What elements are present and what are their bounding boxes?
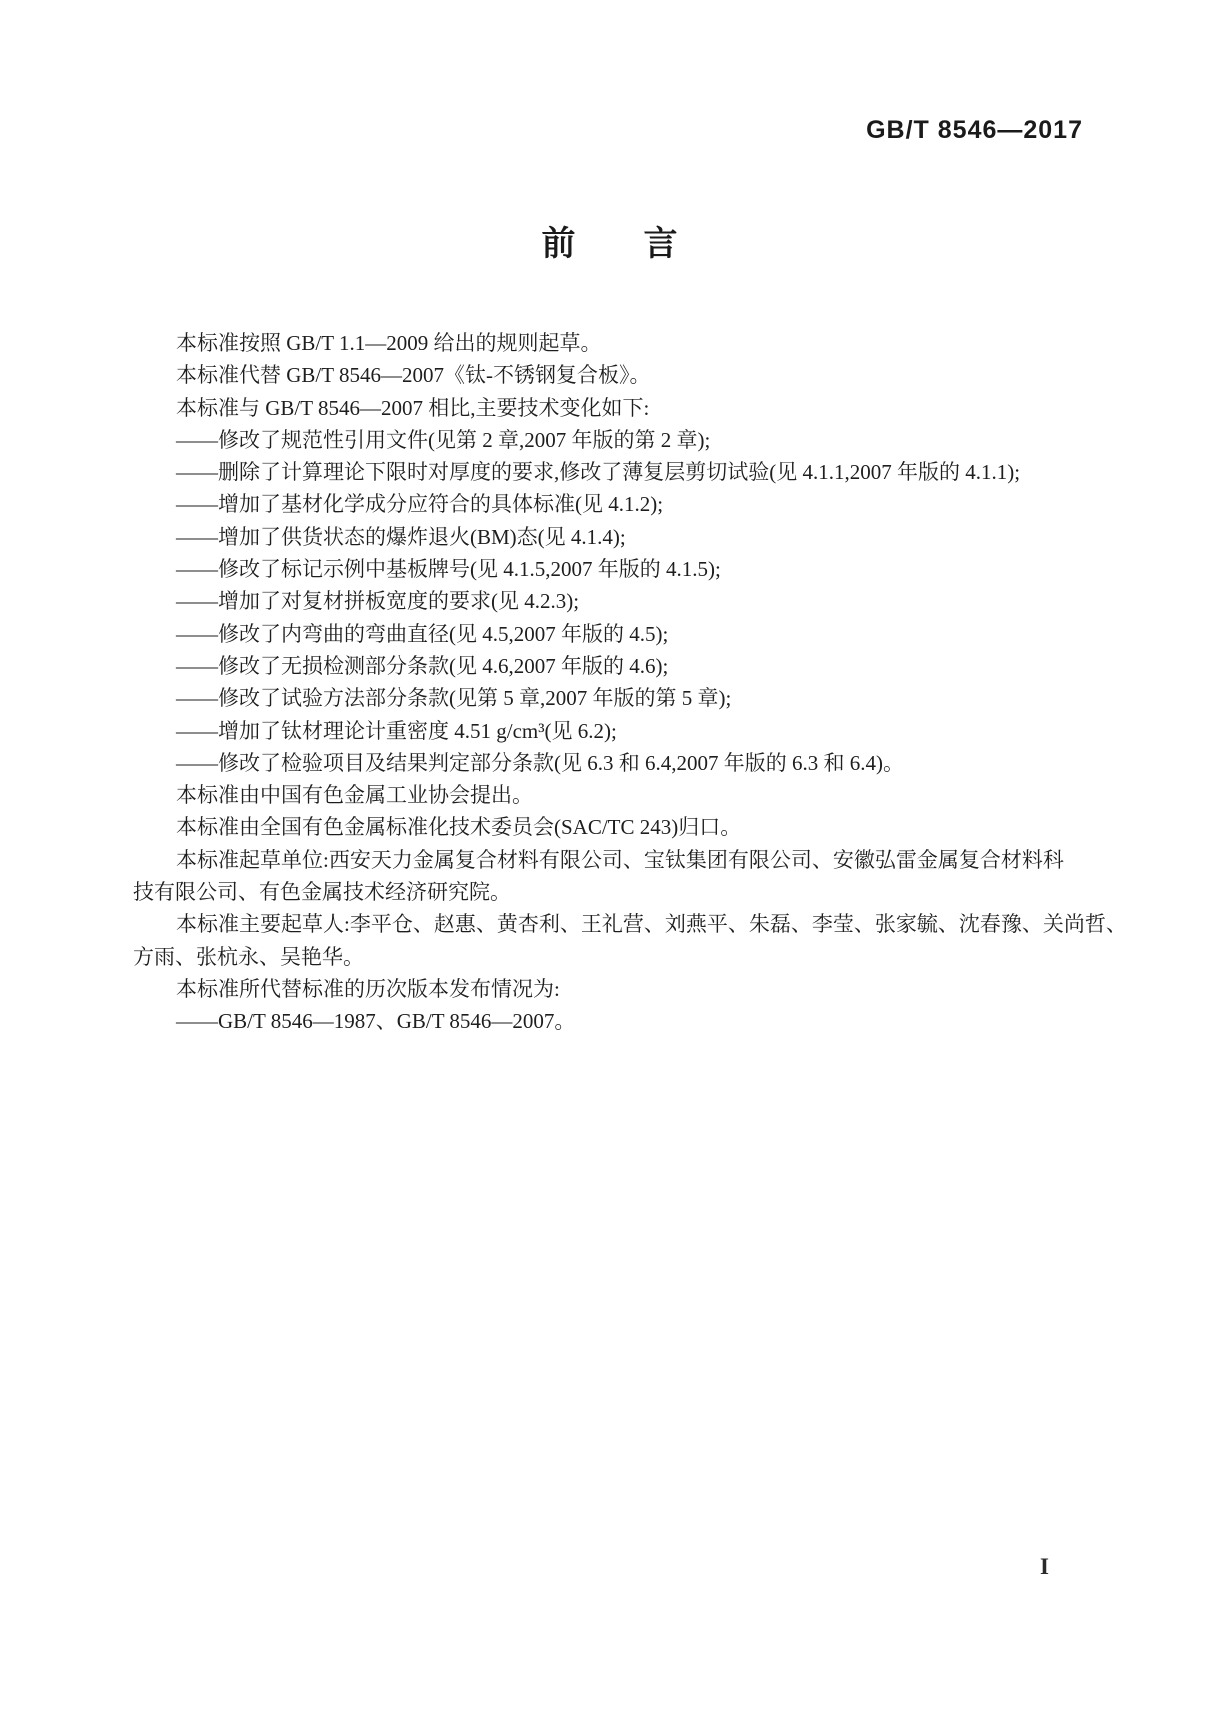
foreword-paragraph-continuation: 方雨、张杭永、吴艳华。 <box>133 941 1093 973</box>
foreword-paragraph: 本标准按照 GB/T 1.1—2009 给出的规则起草。 <box>133 327 1093 359</box>
change-item: ——删除了计算理论下限时对厚度的要求,修改了薄复层剪切试验(见 4.1.1,20… <box>133 456 1093 488</box>
history-item: ——GB/T 8546—1987、GB/T 8546—2007。 <box>133 1005 1093 1037</box>
change-item: ——修改了无损检测部分条款(见 4.6,2007 年版的 4.6); <box>133 650 1093 682</box>
change-item: ——增加了对复材拼板宽度的要求(见 4.2.3); <box>133 585 1093 617</box>
foreword-paragraph-continuation: 技有限公司、有色金属技术经济研究院。 <box>133 876 1093 908</box>
change-item: ——修改了规范性引用文件(见第 2 章,2007 年版的第 2 章); <box>133 424 1093 456</box>
document-page: GB/T 8546—2017 前 言 本标准按照 GB/T 1.1—2009 给… <box>0 0 1219 1711</box>
foreword-paragraph: 本标准主要起草人:李平仓、赵惠、黄杏利、王礼营、刘燕平、朱磊、李莹、张家毓、沈春… <box>133 908 1093 940</box>
page-number: I <box>1040 1554 1049 1580</box>
foreword-body: 本标准按照 GB/T 1.1—2009 给出的规则起草。 本标准代替 GB/T … <box>133 327 1093 1038</box>
foreword-paragraph: 本标准起草单位:西安天力金属复合材料有限公司、宝钛集团有限公司、安徽弘雷金属复合… <box>133 844 1093 876</box>
foreword-paragraph: 本标准由全国有色金属标准化技术委员会(SAC/TC 243)归口。 <box>133 811 1093 843</box>
foreword-paragraph: 本标准与 GB/T 8546—2007 相比,主要技术变化如下: <box>133 392 1093 424</box>
change-item: ——修改了标记示例中基板牌号(见 4.1.5,2007 年版的 4.1.5); <box>133 553 1093 585</box>
page-title: 前 言 <box>0 216 1219 265</box>
change-item: ——修改了检验项目及结果判定部分条款(见 6.3 和 6.4,2007 年版的 … <box>133 747 1093 779</box>
change-item: ——增加了钛材理论计重密度 4.51 g/cm³(见 6.2); <box>133 715 1093 747</box>
change-item: ——增加了基材化学成分应符合的具体标准(见 4.1.2); <box>133 488 1093 520</box>
change-item: ——增加了供货状态的爆炸退火(BM)态(见 4.1.4); <box>133 521 1093 553</box>
foreword-paragraph: 本标准由中国有色金属工业协会提出。 <box>133 779 1093 811</box>
change-item: ——修改了试验方法部分条款(见第 5 章,2007 年版的第 5 章); <box>133 682 1093 714</box>
standard-code: GB/T 8546—2017 <box>866 116 1083 145</box>
foreword-paragraph: 本标准代替 GB/T 8546—2007《钛-不锈钢复合板》。 <box>133 359 1093 391</box>
change-item: ——修改了内弯曲的弯曲直径(见 4.5,2007 年版的 4.5); <box>133 618 1093 650</box>
foreword-paragraph: 本标准所代替标准的历次版本发布情况为: <box>133 973 1093 1005</box>
